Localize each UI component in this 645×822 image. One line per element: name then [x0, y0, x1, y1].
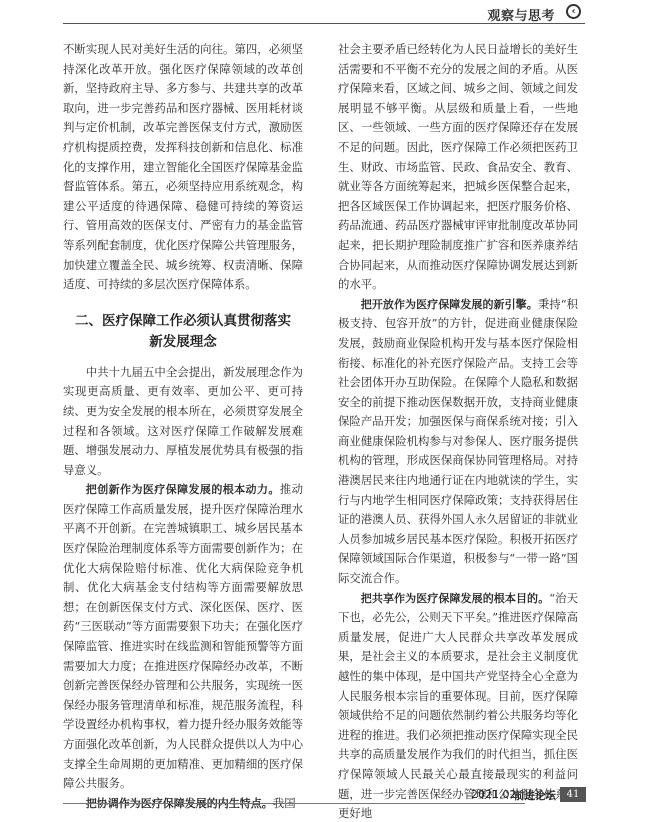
paragraph-lead: 把开放作为医疗保障发展的新引擎。	[361, 298, 538, 311]
paragraph-body: 秉持“积极支持、包容开放”的方针，促进商业健康保险发展，鼓励商业保险机构开发与基…	[338, 297, 578, 585]
paragraph: 不断实现人民对美好生活的向往。第四，必须坚持深化改革开放。强化医疗保障领域的改革…	[63, 40, 303, 295]
journal-name: 前进论坛	[514, 788, 556, 803]
circled-arrow-left-icon: ‹	[566, 4, 581, 19]
paragraph: 把创新作为医疗保障发展的根本动力。推动医疗保障工作高质量发展，提升医疗保障治理水…	[63, 480, 303, 794]
section-heading-line: 新发展理念	[63, 332, 303, 353]
section-heading: 二、医疗保障工作必须认真贯彻落实 新发展理念	[63, 311, 303, 353]
right-column: 社会主要矛盾已经转化为人民日益增长的美好生活需要和不平衡不充分的发展之间的矛盾。…	[338, 40, 578, 822]
paragraph: 社会主要矛盾已经转化为人民日益增长的美好生活需要和不平衡不充分的发展之间的矛盾。…	[338, 40, 578, 295]
issue-date: 2021.02	[471, 788, 517, 801]
paragraph: 中共十九届五中全会提出，新发展理念作为实现更高质量、更有效率、更加公平、更可持续…	[63, 363, 303, 481]
paragraph: 把开放作为医疗保障发展的新引擎。秉持“积极支持、包容开放”的方针，促进商业健康保…	[338, 295, 578, 589]
paragraph-lead: 把创新作为医疗保障发展的根本动力。	[86, 483, 280, 496]
paragraph-body: 推动医疗保障工作高质量发展，提升医疗保障治理水平离不开创新。在完善城镇职工、城乡…	[63, 482, 303, 790]
running-footer: 2021.02 前进论坛 41	[63, 785, 585, 807]
section-heading-line: 二、医疗保障工作必须认真贯彻落实	[63, 311, 303, 332]
paragraph-lead: 把共享作为医疗保障发展的根本目的。	[361, 592, 549, 605]
page-number: 41	[560, 787, 586, 802]
footer-rule	[63, 803, 525, 804]
left-column: 不断实现人民对美好生活的向往。第四，必须坚持深化改革开放。强化医疗保障领域的改革…	[63, 40, 303, 813]
running-header: 观察与思考 ‹	[63, 0, 585, 26]
section-title: 观察与思考	[487, 5, 555, 24]
